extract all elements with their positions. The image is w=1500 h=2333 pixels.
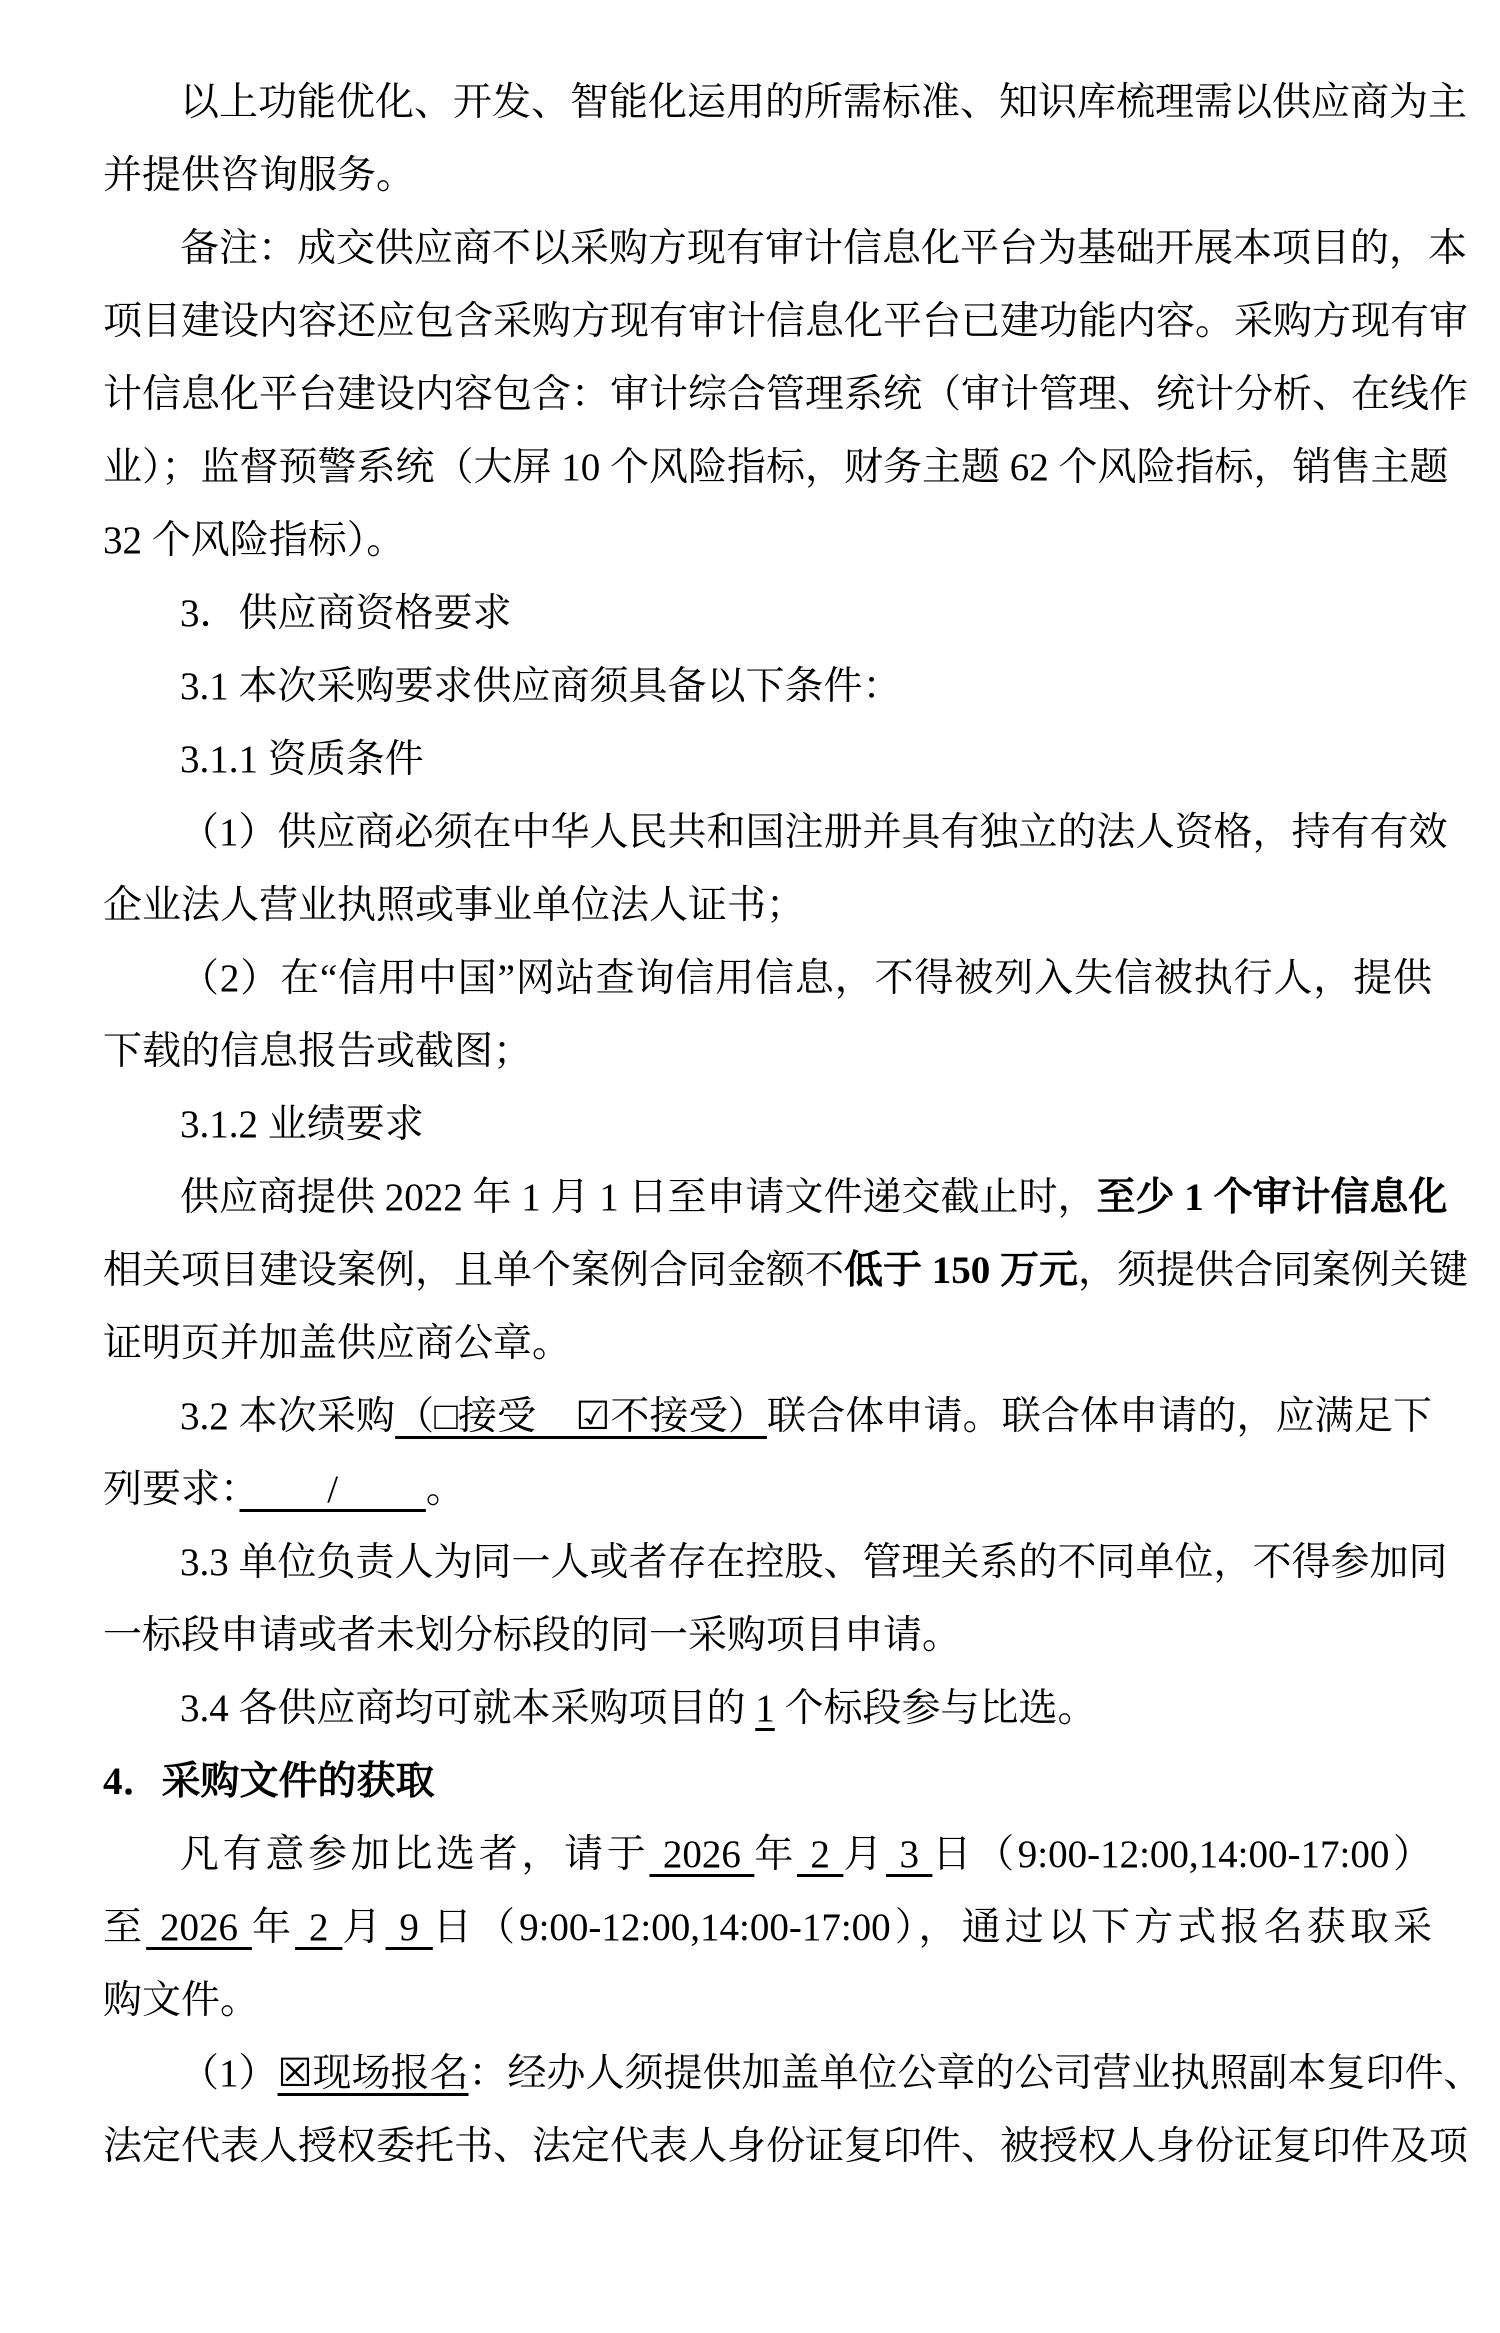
text-run: 一标段申请或者未划分标段的同一采购项目申请。 (103, 1614, 961, 1657)
para-performance-line3: 证明页并加盖供应商公章。 (103, 1307, 1432, 1380)
para-remark-line2: 项目建设内容还应包含采购方现有审计信息化平台已建功能内容。采购方现有审 (103, 285, 1432, 358)
para-performance-line2: 相关项目建设案例，且单个案例合同金额不低于 150 万元，须提供合同案例关键 (103, 1234, 1432, 1307)
para-obtain-line3: 购文件。 (103, 1964, 1432, 2037)
text-run: （2）在“信用中国”网站查询信用信息，不得被列入失信被执行人，提供 (180, 957, 1432, 1000)
text-run: 3.1.1 资质条件 (180, 738, 424, 781)
joint-bid-checkboxes: （□接受 ☑不接受） (395, 1395, 767, 1438)
text-run: 购文件。 (103, 1979, 259, 2022)
clause-3-1-2: 3.1.2 业绩要求 (103, 1088, 1432, 1161)
clause-qual-2-line1: （2）在“信用中国”网站查询信用信息，不得被列入失信被执行人，提供 (103, 942, 1432, 1015)
start-day-value: 3 (886, 1833, 932, 1876)
text-run: 项目建设内容还应包含采购方现有审计信息化平台已建功能内容。采购方现有审 (103, 300, 1468, 343)
text-run: （1） (180, 2052, 278, 2095)
clause-onsite-line1: （1）☒现场报名：经办人须提供加盖单位公章的公司营业执照副本复印件、 (103, 2037, 1432, 2110)
text-run: ，须提供合同案例关键 (1078, 1249, 1468, 1292)
onsite-registration-label: ☒现场报名 (278, 2052, 469, 2095)
clause-3-3-line2: 一标段申请或者未划分标段的同一采购项目申请。 (103, 1599, 1432, 1672)
text-run: 4．采购文件的获取 (103, 1760, 435, 1803)
text-run: 。 (426, 1468, 465, 1511)
para-remark-line5: 32 个风险指标）。 (103, 504, 1432, 577)
text-run: 月 (342, 1906, 385, 1949)
end-day-value: 9 (386, 1906, 433, 1949)
para-remark-line3: 计信息化平台建设内容包含：审计综合管理系统（审计管理、统计分析、在线作 (103, 358, 1432, 431)
para-obtain-line2: 至 2026 年 2 月 9 日（9:00-12:00,14:00-17:00）… (103, 1891, 1432, 1964)
text-run: 相关项目建设案例，且单个案例合同金额不 (103, 1249, 844, 1292)
lot-count-value: 1 (755, 1687, 775, 1730)
clause-3-2-line1: 3.2 本次采购（□接受 ☑不接受）联合体申请。联合体申请的，应满足下 (103, 1380, 1432, 1453)
text-run: 年 (754, 1833, 797, 1876)
text-run: 低于 150 万元 (844, 1249, 1078, 1292)
para-standards-line2: 并提供咨询服务。 (103, 139, 1432, 212)
text-run: 联合体申请。联合体申请的，应满足下 (767, 1395, 1432, 1438)
text-run: 下载的信息报告或截图； (103, 1030, 532, 1073)
start-year-value: 2026 (649, 1833, 754, 1876)
para-remark-line1: 备注：成交供应商不以采购方现有审计信息化平台为基础开展本项目的，本 (103, 212, 1432, 285)
text-run: 个标段参与比选。 (775, 1687, 1097, 1730)
clause-onsite-line2: 法定代表人授权委托书、法定代表人身份证复印件、被授权人身份证复印件及项 (103, 2110, 1432, 2183)
text-run: 3.4 各供应商均可就本采购项目的 (180, 1687, 755, 1730)
text-run: （1）供应商必须在中华人民共和国注册并具有独立的法人资格，持有有效 (180, 811, 1448, 854)
document-page: 以上功能优化、开发、智能化运用的所需标准、知识库梳理需以供应商为主并提供咨询服务… (0, 0, 1500, 2333)
blank-slash-field: / (240, 1468, 426, 1511)
text-run: 3.1 本次采购要求供应商须具备以下条件： (180, 665, 902, 708)
heading-section-4: 4．采购文件的获取 (103, 1745, 1432, 1818)
text-run: ：经办人须提供加盖单位公章的公司营业执照副本复印件、 (468, 2052, 1482, 2095)
text-run: 32 个风险指标）。 (103, 519, 405, 562)
end-month-value: 2 (295, 1906, 342, 1949)
text-run: 至少 1 个审计信息化 (1097, 1176, 1448, 1219)
text-run: 日（9:00-12:00,14:00-17:00），通过以下方式报名获取采 (433, 1906, 1432, 1949)
clause-qual-1-line2: 企业法人营业执照或事业单位法人证书； (103, 869, 1432, 942)
text-run: 以上功能优化、开发、智能化运用的所需标准、知识库梳理需以供应商为主 (180, 81, 1467, 124)
text-run: 年 (252, 1906, 295, 1949)
text-run: 业）；监督预警系统（大屏 10 个风险指标，财务主题 62 个风险指标，销售主题 (103, 446, 1449, 489)
clause-qual-1-line1: （1）供应商必须在中华人民共和国注册并具有独立的法人资格，持有有效 (103, 796, 1432, 869)
text-run: 3.2 本次采购 (180, 1395, 395, 1438)
clause-3-1: 3.1 本次采购要求供应商须具备以下条件： (103, 650, 1432, 723)
text-run: 凡有意参加比选者，请于 (180, 1833, 649, 1876)
text-run: 并提供咨询服务。 (103, 154, 415, 197)
text-run: 证明页并加盖供应商公章。 (103, 1322, 571, 1365)
para-obtain-line1: 凡有意参加比选者，请于 2026 年 2 月 3 日（9:00-12:00,14… (103, 1818, 1432, 1891)
text-run: 3.3 单位负责人为同一人或者存在控股、管理关系的不同单位，不得参加同 (180, 1541, 1448, 1584)
text-run: 供应商提供 2022 年 1 月 1 日至申请文件递交截止时， (180, 1176, 1097, 1219)
clause-3-1-1: 3.1.1 资质条件 (103, 723, 1432, 796)
text-run: 3.1.2 业绩要求 (180, 1103, 424, 1146)
document-content: 以上功能优化、开发、智能化运用的所需标准、知识库梳理需以供应商为主并提供咨询服务… (103, 66, 1432, 2183)
para-standards-line1: 以上功能优化、开发、智能化运用的所需标准、知识库梳理需以供应商为主 (103, 66, 1432, 139)
text-run: 计信息化平台建设内容包含：审计综合管理系统（审计管理、统计分析、在线作 (103, 373, 1468, 416)
text-run: 3．供应商资格要求 (180, 592, 512, 635)
text-run: 列要求： (103, 1468, 240, 1511)
clause-3-2-line2: 列要求： / 。 (103, 1453, 1432, 1526)
text-run: 日（9:00-12:00,14:00-17:00） (932, 1833, 1432, 1876)
text-run: 企业法人营业执照或事业单位法人证书； (103, 884, 805, 927)
text-run: 月 (843, 1833, 886, 1876)
text-run: 法定代表人授权委托书、法定代表人身份证复印件、被授权人身份证复印件及项 (103, 2125, 1468, 2168)
clause-3-4: 3.4 各供应商均可就本采购项目的 1 个标段参与比选。 (103, 1672, 1432, 1745)
para-performance-line1: 供应商提供 2022 年 1 月 1 日至申请文件递交截止时，至少 1 个审计信… (103, 1161, 1432, 1234)
para-remark-line4: 业）；监督预警系统（大屏 10 个风险指标，财务主题 62 个风险指标，销售主题 (103, 431, 1432, 504)
text-run: 至 (103, 1906, 146, 1949)
text-run: 备注：成交供应商不以采购方现有审计信息化平台为基础开展本项目的，本 (180, 227, 1467, 270)
start-month-value: 2 (797, 1833, 843, 1876)
end-year-value: 2026 (146, 1906, 252, 1949)
heading-section-3: 3．供应商资格要求 (103, 577, 1432, 650)
clause-qual-2-line2: 下载的信息报告或截图； (103, 1015, 1432, 1088)
clause-3-3-line1: 3.3 单位负责人为同一人或者存在控股、管理关系的不同单位，不得参加同 (103, 1526, 1432, 1599)
